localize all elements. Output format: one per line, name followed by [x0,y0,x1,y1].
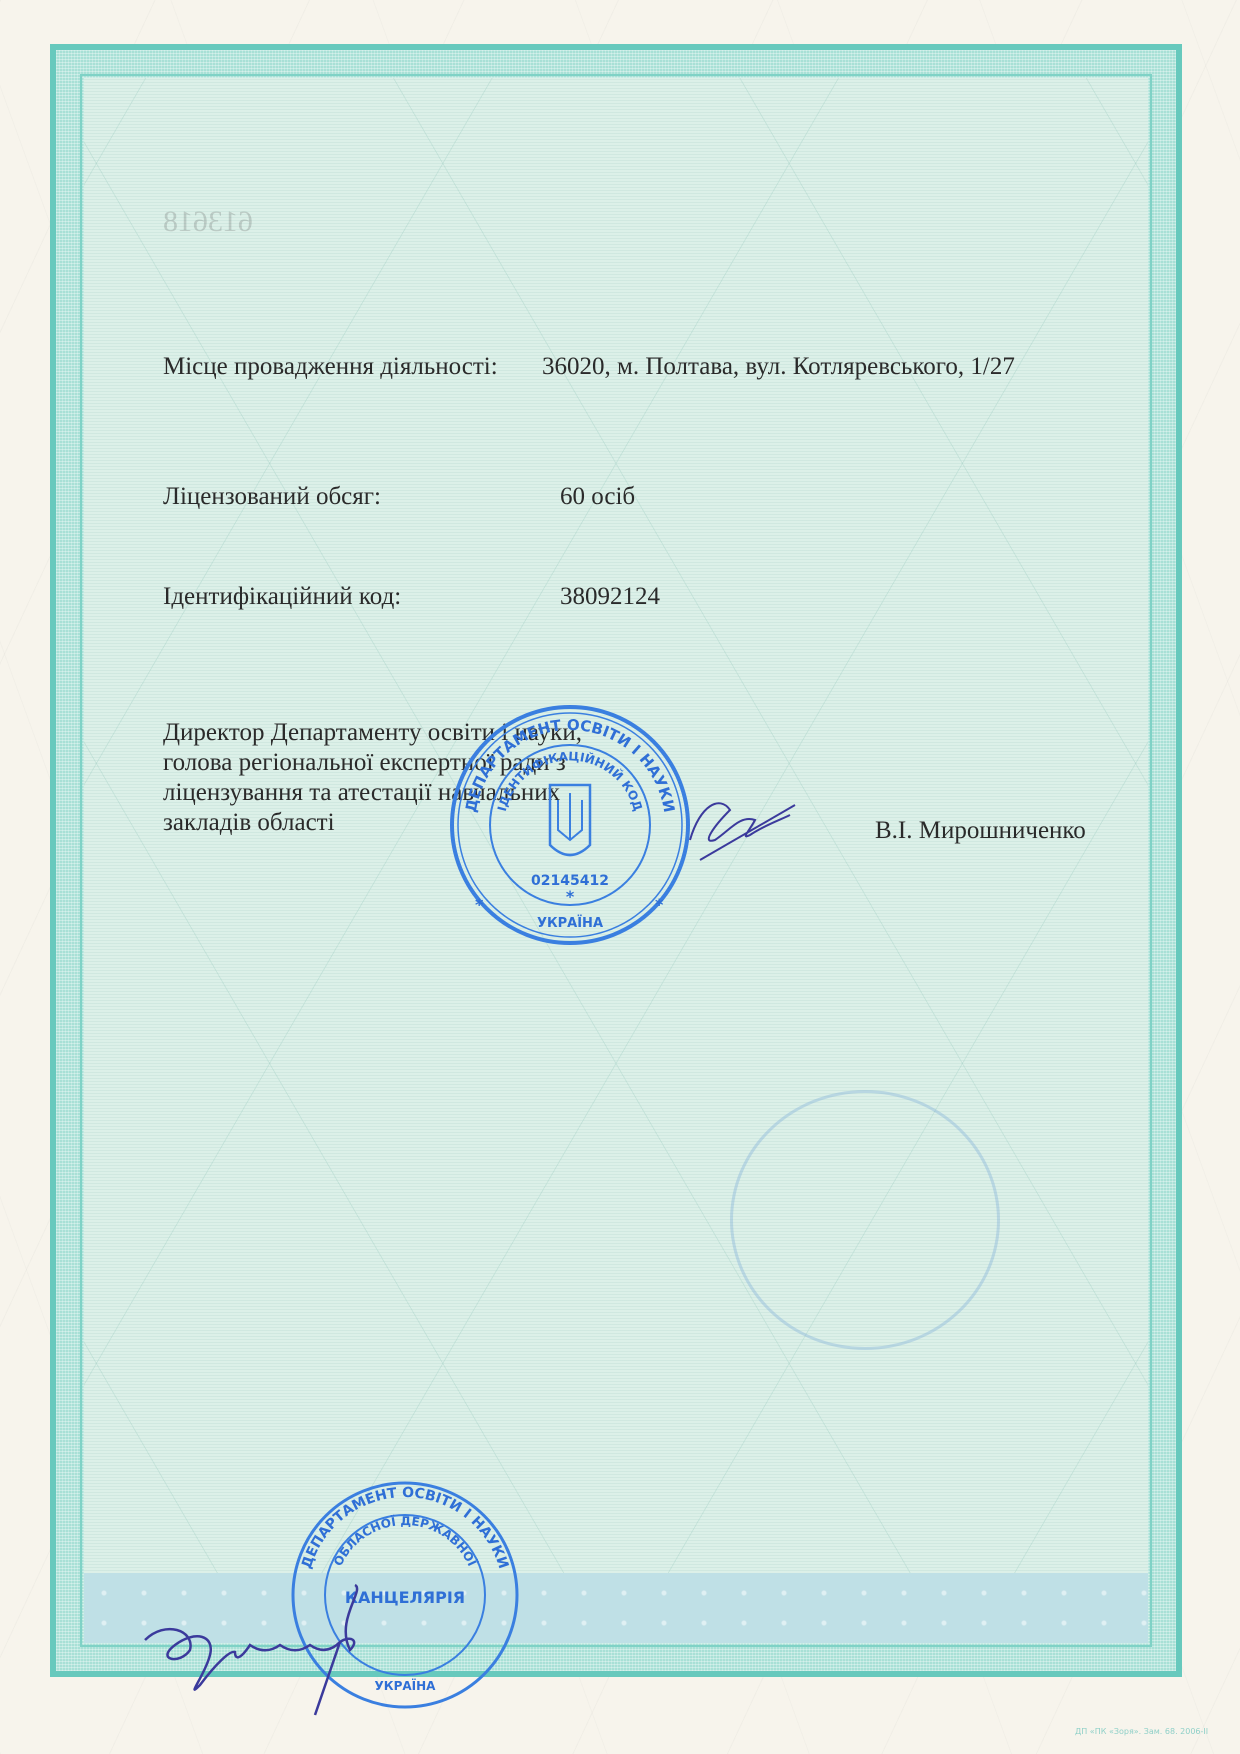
ghost-stamp-bleedthrough [730,1090,1000,1350]
svg-text:УКРАЇНА: УКРАЇНА [537,915,603,931]
director-signature [680,785,810,865]
printer-imprint: ДП «ПК «Зоря». Зам. 68. 2006-ІІ [1075,1727,1208,1736]
location-label: Місце провадження діяльності: [163,352,498,382]
official-seal: ДЕПАРТАМЕНТ ОСВІТИ І НАУКИ ІДЕНТИФІКАЦІЙ… [445,695,695,955]
id-code-label: Ідентифікаційний код: [163,582,401,612]
id-code-value: 38092124 [560,582,660,612]
office-signature [135,1580,395,1720]
mirrored-serial-number: 613618 [163,205,253,239]
svg-text:*: * [475,895,484,914]
svg-text:*: * [655,895,664,914]
location-value: 36020, м. Полтава, вул. Котляревського, … [542,352,1015,382]
svg-text:ОБЛАСНОЇ ДЕРЖАВНОЇ: ОБЛАСНОЇ ДЕРЖАВНОЇ [331,1514,480,1569]
signatory-name: В.І. Мирошниченко [875,816,1086,846]
licensed-volume-label: Ліцензований обсяг: [163,482,381,512]
licensed-volume-value: 60 осіб [560,482,635,512]
svg-text:*: * [566,887,575,906]
